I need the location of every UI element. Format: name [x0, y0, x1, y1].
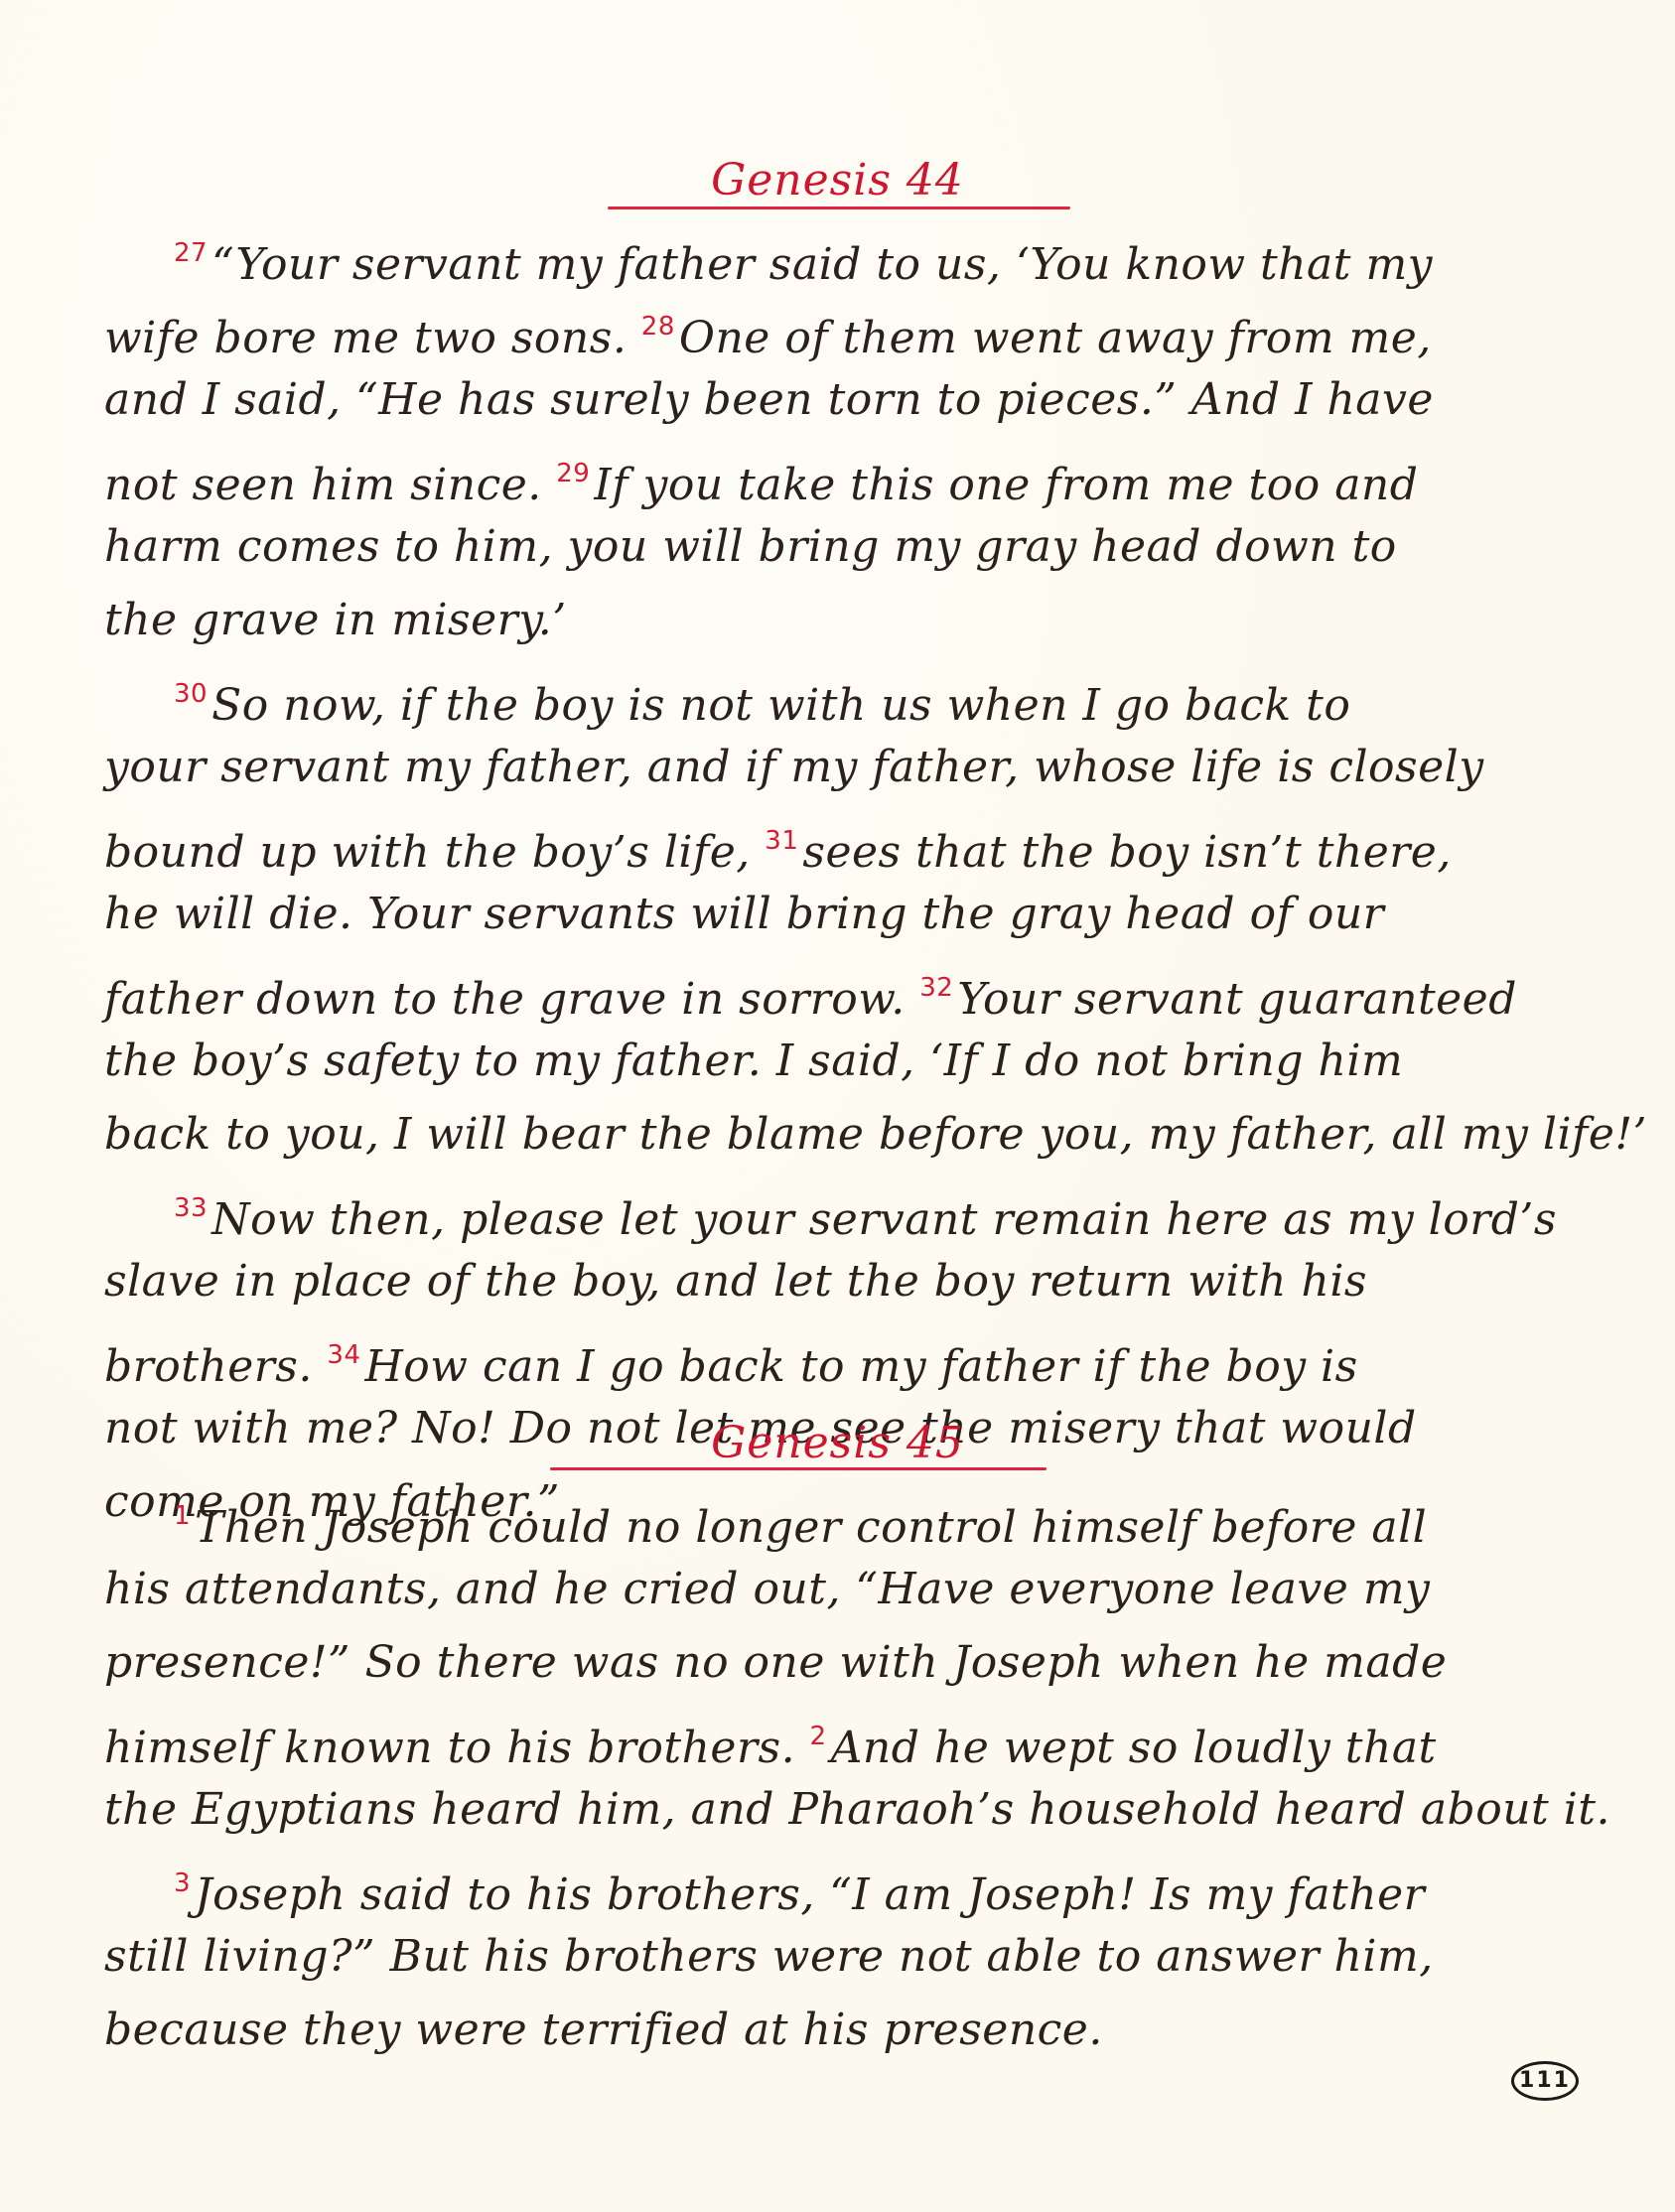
text-line: brothers. 34How can I go back to my fath… [104, 1318, 1574, 1392]
verse-text: sees that the boy isn’t there, [802, 827, 1451, 878]
verse-number: 3 [174, 1868, 191, 1898]
chapter-title: Genesis 44 [711, 159, 964, 203]
genesis-45-text: 1Then Joseph could no longer control him… [104, 1479, 1574, 2067]
text-line: he will die. Your servants will bring th… [104, 878, 1574, 951]
text-line: the boy’s safety to my father. I said, ‘… [104, 1025, 1574, 1098]
verse-text: How can I go back to my father if the bo… [364, 1341, 1357, 1392]
verse-text: “Your servant my father said to us, ‘You… [211, 239, 1433, 290]
verse-number: 1 [174, 1501, 191, 1531]
text-line: not seen him since. 29If you take this o… [104, 437, 1574, 510]
text-line: 3Joseph said to his brothers, “I am Jose… [104, 1847, 1574, 1920]
text-line: still living?” But his brothers were not… [104, 1920, 1574, 1994]
verse-text: presence!” So there was no one with Jose… [104, 1637, 1447, 1688]
verse-number: 27 [174, 238, 208, 268]
verse-text: and I said, “He has surely been torn to … [104, 374, 1434, 425]
verse-text: wife bore me two sons. [104, 313, 641, 363]
verse-text: his attendants, and he cried out, “Have … [104, 1564, 1430, 1614]
verse-text: Your servant guaranteed [957, 974, 1517, 1025]
verse-text: father down to the grave in sorrow. [104, 974, 919, 1025]
verse-number: 29 [556, 459, 590, 488]
text-line: slave in place of the boy, and let the b… [104, 1245, 1574, 1318]
text-line: the Egyptians heard him, and Pharaoh’s h… [104, 1773, 1574, 1847]
text-line: 27“Your servant my father said to us, ‘Y… [104, 216, 1574, 290]
page-number-badge: 111 [1511, 2061, 1579, 2101]
verse-text: he will die. Your servants will bring th… [104, 889, 1384, 939]
verse-text: Joseph said to his brothers, “I am Josep… [195, 1869, 1425, 1920]
text-line: 1Then Joseph could no longer control him… [104, 1479, 1574, 1553]
verse-text: back to you, I will bear the blame befor… [104, 1109, 1647, 1160]
verse-text: not seen him since. [104, 460, 556, 510]
verse-text: your servant my father, and if my father… [104, 742, 1484, 792]
verse-text: So now, if the boy is not with us when I… [211, 680, 1350, 731]
verse-text: the boy’s safety to my father. I said, ‘… [104, 1036, 1403, 1086]
verse-text: slave in place of the boy, and let the b… [104, 1256, 1367, 1307]
verse-text: If you take this one from me too and [594, 460, 1418, 510]
verse-number: 30 [174, 679, 208, 709]
verse-text: And he wept so loudly that [831, 1723, 1437, 1773]
verse-number: 28 [641, 312, 675, 342]
manuscript-page: Genesis 44 27“Your servant my father sai… [0, 0, 1675, 2212]
text-line: the grave in misery.’ [104, 584, 1574, 657]
chapter-heading-genesis-44: Genesis 44 [0, 159, 1675, 203]
verse-text: harm comes to him, you will bring my gra… [104, 521, 1397, 572]
verse-number: 34 [327, 1340, 360, 1370]
text-line: because they were terrified at his prese… [104, 1994, 1574, 2067]
text-line: and I said, “He has surely been torn to … [104, 363, 1574, 437]
verse-number: 32 [919, 973, 953, 1003]
text-line: bound up with the boy’s life, 31sees tha… [104, 804, 1574, 878]
text-line: back to you, I will bear the blame befor… [104, 1098, 1574, 1172]
verse-text: himself known to his brothers. [104, 1723, 810, 1773]
text-line: father down to the grave in sorrow. 32Yo… [104, 951, 1574, 1025]
text-line: harm comes to him, you will bring my gra… [104, 510, 1574, 584]
text-line: his attendants, and he cried out, “Have … [104, 1553, 1574, 1626]
text-line: 33Now then, please let your servant rema… [104, 1172, 1574, 1245]
verse-number: 31 [765, 826, 798, 856]
verse-text: Now then, please let your servant remain… [211, 1194, 1557, 1245]
verse-text: the Egyptians heard him, and Pharaoh’s h… [104, 1784, 1610, 1835]
verse-text: brothers. [104, 1341, 327, 1392]
verse-text: One of them went away from me, [679, 313, 1432, 363]
verse-text: the grave in misery.’ [104, 595, 567, 645]
verse-text: still living?” But his brothers were not… [104, 1931, 1434, 1982]
verse-number: 2 [810, 1722, 827, 1751]
text-line: 30So now, if the boy is not with us when… [104, 657, 1574, 731]
text-line: wife bore me two sons. 28One of them wen… [104, 290, 1574, 363]
text-line: your servant my father, and if my father… [104, 731, 1574, 804]
text-line: presence!” So there was no one with Jose… [104, 1626, 1574, 1700]
chapter-underline [550, 1467, 1047, 1470]
chapter-underline [608, 207, 1070, 209]
verse-number: 33 [174, 1193, 208, 1223]
genesis-44-text: 27“Your servant my father said to us, ‘Y… [104, 216, 1574, 1539]
verse-text: bound up with the boy’s life, [104, 827, 765, 878]
chapter-heading-genesis-45: Genesis 45 [0, 1422, 1675, 1465]
chapter-title: Genesis 45 [711, 1422, 964, 1465]
verse-text: Then Joseph could no longer control hims… [195, 1502, 1427, 1553]
verse-text: because they were terrified at his prese… [104, 2005, 1103, 2055]
text-line: himself known to his brothers. 2And he w… [104, 1700, 1574, 1773]
